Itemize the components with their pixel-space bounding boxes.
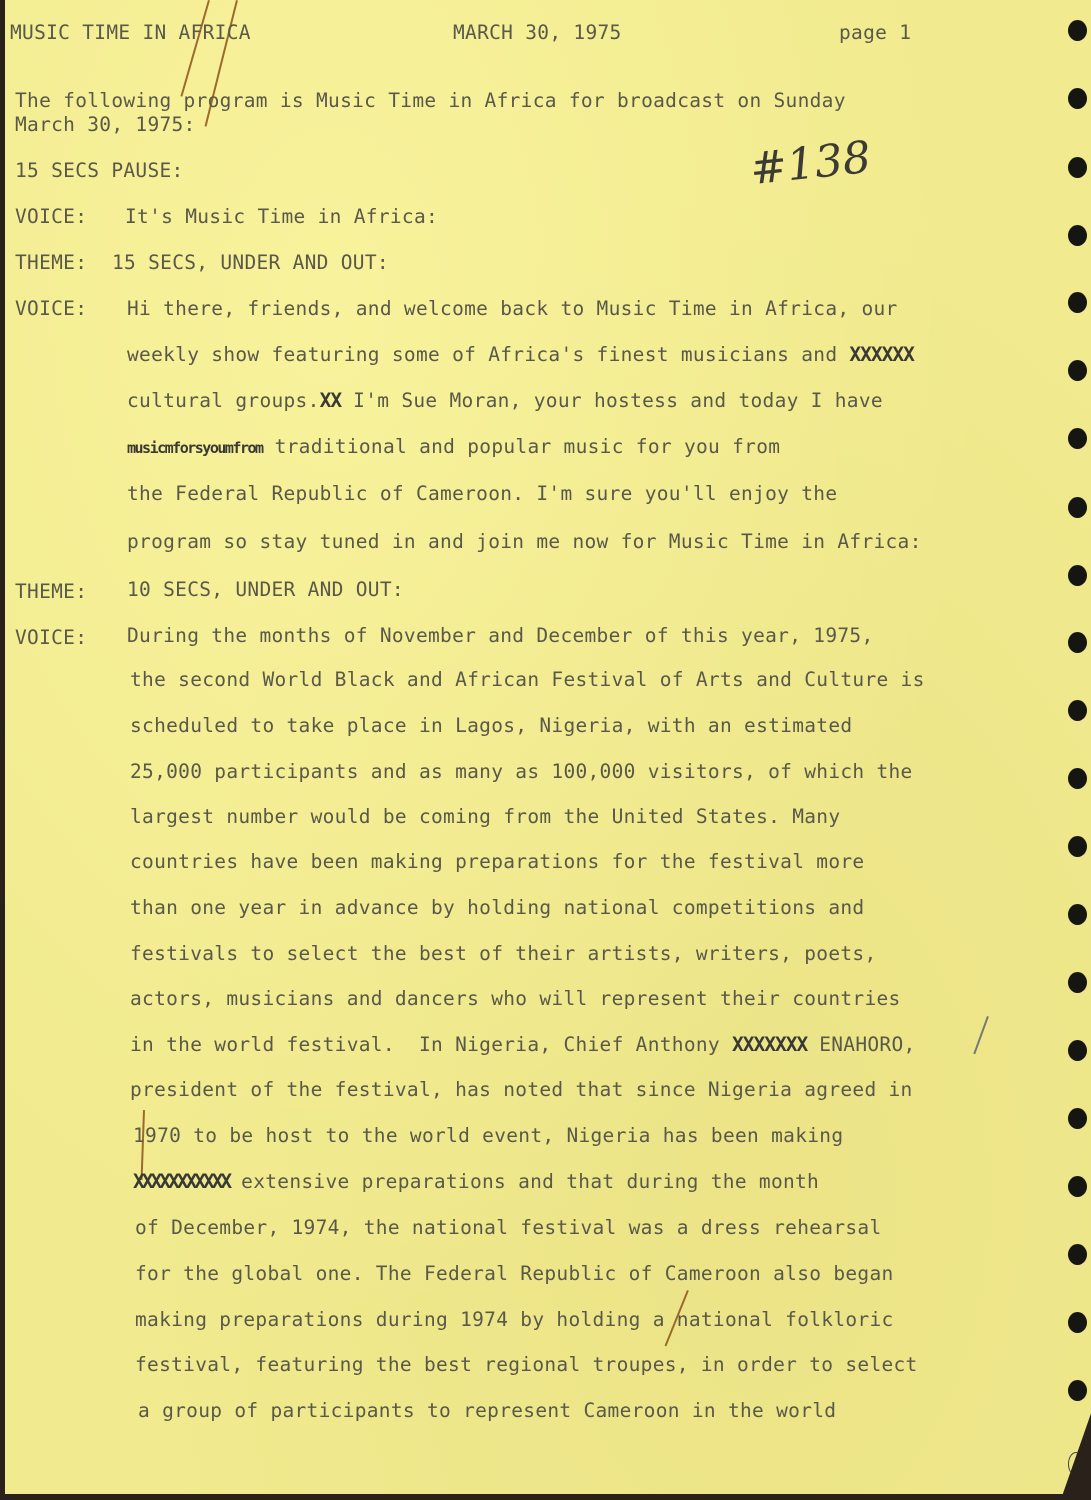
punch-hole-icon [1068, 972, 1087, 993]
punch-hole-icon [1068, 768, 1087, 789]
script-line: musicmforsyoumfrom traditional and popul… [127, 435, 780, 458]
script-text: traditional and popular music for you fr… [263, 435, 781, 458]
script-line: Hi there, friends, and welcome back to M… [127, 297, 898, 320]
script-line: festival, featuring the best regional tr… [135, 1353, 918, 1376]
pen-mark [180, 0, 209, 97]
punch-hole-icon [1068, 565, 1087, 586]
punch-hole-icon [1068, 20, 1087, 41]
script-text: extensive preparations and that during t… [229, 1170, 819, 1193]
punch-hole-icon [1068, 1380, 1087, 1401]
punch-hole-icon [1068, 225, 1087, 246]
script-line: the Federal Republic of Cameroon. I'm su… [127, 482, 837, 505]
script-line: 1970 to be host to the world event, Nige… [133, 1124, 843, 1147]
script-line: the second World Black and African Festi… [130, 668, 925, 691]
pen-mark [973, 1016, 988, 1054]
script-line: XXXXXXXXXXX extensive preparations and t… [133, 1170, 819, 1193]
script-line: largest number would be coming from the … [130, 805, 840, 828]
punch-hole-icon [1068, 428, 1087, 449]
punch-hole-icon [1068, 1040, 1087, 1061]
script-line: 10 SECS, UNDER AND OUT: [127, 578, 404, 601]
struck-out-text: musicmforsyoumfrom [127, 439, 263, 457]
punch-hole-icon [1068, 904, 1087, 925]
script-line: for the global one. The Federal Republic… [135, 1262, 894, 1285]
pause-cue: 15 SECS PAUSE: [15, 159, 184, 182]
script-line: a group of participants to represent Cam… [138, 1399, 836, 1422]
script-text: I'm Sue Moran, your hostess and today I … [341, 389, 883, 412]
script-line: During the months of November and Decemb… [127, 624, 873, 647]
script-text: weekly show featuring some of Africa's f… [127, 343, 849, 366]
script-line: actors, musicians and dancers who will r… [130, 987, 901, 1010]
script-text: cultural groups. [127, 389, 320, 412]
intro-line: The following program is Music Time in A… [15, 89, 846, 112]
struck-out-text: XX [320, 389, 341, 412]
cue-label: VOICE: [15, 297, 87, 320]
punch-hole-icon [1068, 292, 1087, 313]
punch-hole-icon [1068, 1312, 1087, 1333]
cue-label: VOICE: [15, 205, 87, 228]
punch-hole-icon [1068, 360, 1087, 381]
script-line: festivals to select the best of their ar… [130, 942, 876, 965]
torn-hole-icon [1068, 1452, 1084, 1476]
struck-out-text: XXXXXXXXXXX [133, 1170, 229, 1193]
script-line: than one year in advance by holding nati… [130, 896, 864, 919]
script-line: making preparations during 1974 by holdi… [135, 1308, 894, 1331]
punch-hole-icon [1068, 700, 1087, 721]
punch-hole-icon [1068, 497, 1087, 518]
punch-hole-icon [1068, 836, 1087, 857]
script-line: scheduled to take place in Lagos, Nigeri… [130, 714, 852, 737]
script-line: of December, 1974, the national festival… [135, 1216, 881, 1239]
punch-hole-icon [1068, 1244, 1087, 1265]
script-line: program so stay tuned in and join me now… [127, 530, 922, 553]
script-line: 25,000 participants and as many as 100,0… [130, 760, 913, 783]
cue-label: VOICE: [15, 626, 87, 649]
script-line: countries have been making preparations … [130, 850, 864, 873]
punch-hole-icon [1068, 1176, 1087, 1197]
punch-hole-icon [1068, 1108, 1087, 1129]
page-number: page 1 [839, 21, 911, 44]
handwritten-number: #138 [748, 132, 874, 195]
intro-line: March 30, 1975: [15, 113, 196, 136]
punch-hole-icon [1068, 157, 1087, 178]
header-date: MARCH 30, 1975 [453, 21, 622, 44]
script-text: ENAHORO, [807, 1033, 915, 1056]
struck-out-text: XXXXXX [849, 343, 913, 366]
script-line: in the world festival. In Nigeria, Chief… [130, 1033, 916, 1056]
cue-label: THEME: [15, 251, 87, 274]
typewritten-page: #138 MUSIC TIME IN AFRICA MARCH 30, 1975… [5, 0, 1091, 1494]
punch-hole-icon [1068, 632, 1087, 653]
script-line: It's Music Time in Africa: [125, 205, 438, 228]
script-line: cultural groups.XX I'm Sue Moran, your h… [127, 389, 883, 412]
script-line: president of the festival, has noted tha… [130, 1078, 913, 1101]
program-title: MUSIC TIME IN AFRICA [10, 21, 251, 44]
script-line: 15 SECS, UNDER AND OUT: [112, 251, 389, 274]
cue-label: THEME: [15, 580, 87, 603]
punch-hole-icon [1068, 88, 1087, 109]
script-text: in the world festival. In Nigeria, Chief… [130, 1033, 732, 1056]
script-line: weekly show featuring some of Africa's f… [127, 343, 914, 366]
struck-out-text: XXXXXXX [732, 1033, 807, 1056]
